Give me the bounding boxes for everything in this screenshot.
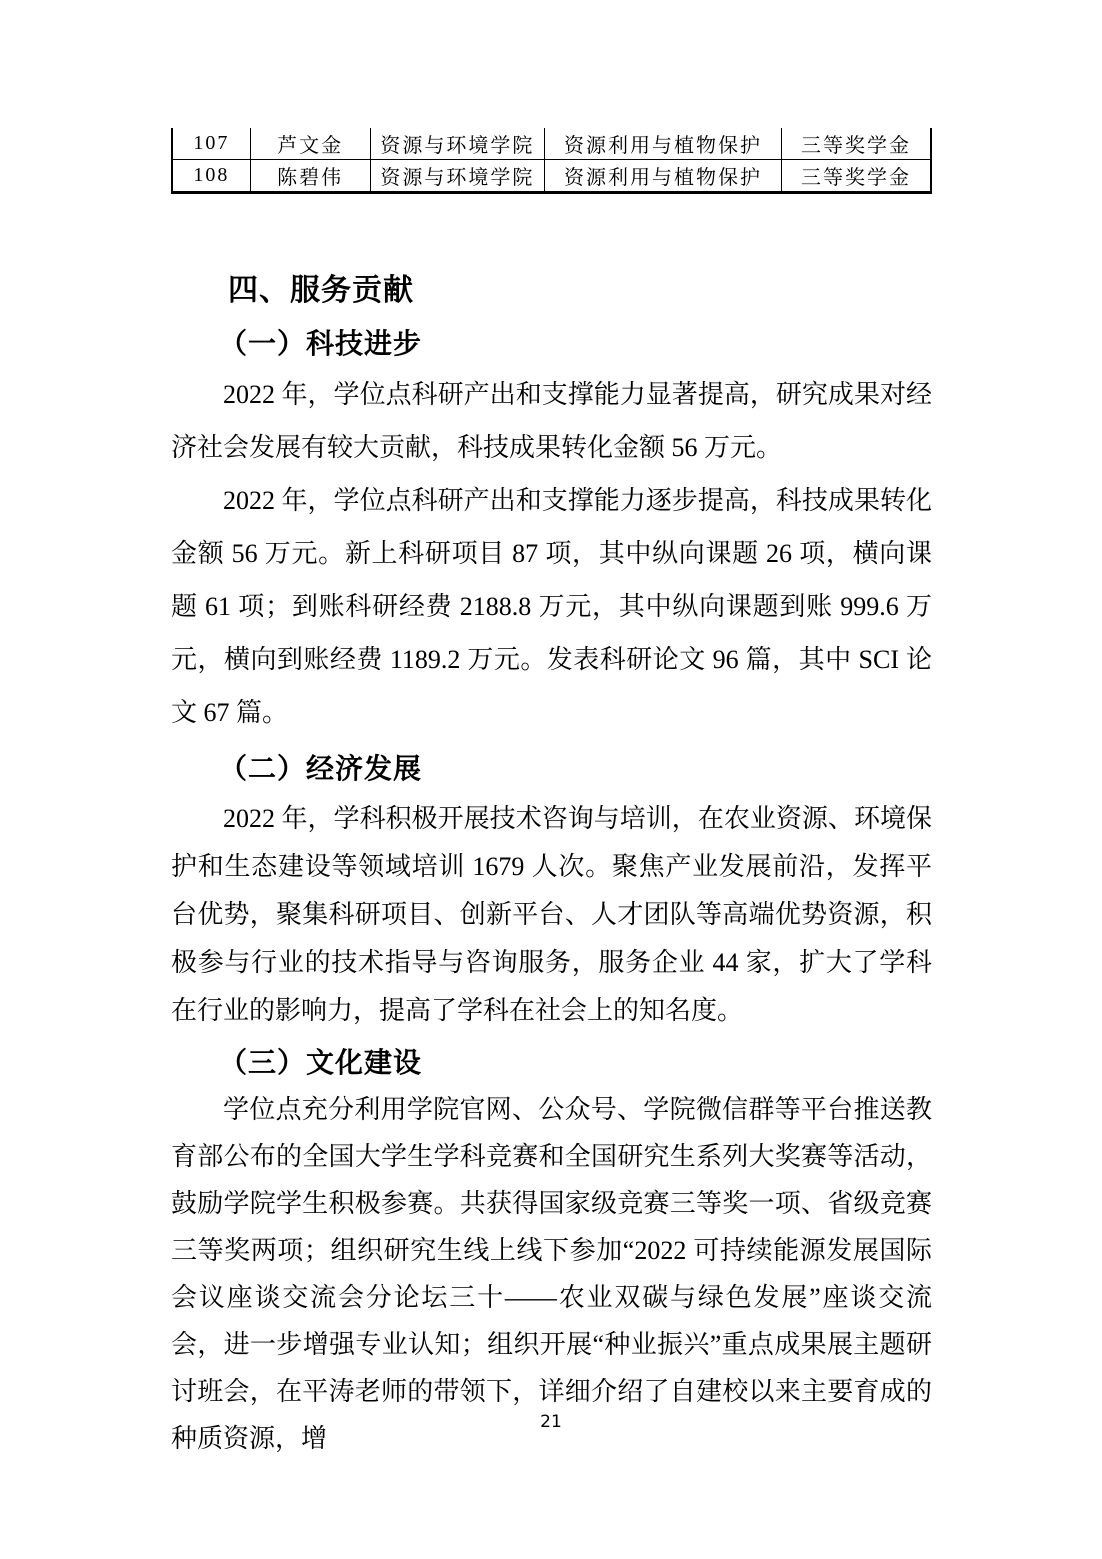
cell-major: 资源利用与植物保护 — [545, 160, 782, 193]
scholarship-table: 107 芦文金 资源与环境学院 资源利用与植物保护 三等奖学金 108 陈碧伟 … — [171, 128, 932, 194]
table-row: 107 芦文金 资源与环境学院 资源利用与植物保护 三等奖学金 — [172, 128, 931, 160]
cell-index: 108 — [172, 160, 250, 193]
cell-award: 三等奖学金 — [781, 160, 931, 193]
cell-name: 陈碧伟 — [250, 160, 370, 193]
subsection-heading-culture-building: （三）文化建设 — [171, 1043, 932, 1083]
paragraph-tech-progress-1: 2022 年，学位点科研产出和支撑能力显著提高，研究成果对经济社会发展有较大贡献… — [171, 368, 932, 474]
page-content: 107 芦文金 资源与环境学院 资源利用与植物保护 三等奖学金 108 陈碧伟 … — [171, 0, 932, 1462]
subsection-heading-economic-development: （二）经济发展 — [171, 749, 932, 789]
page-number: 21 — [0, 1412, 1102, 1432]
subsection-heading-tech-progress: （一）科技进步 — [171, 324, 932, 364]
cell-name: 芦文金 — [250, 128, 370, 160]
cell-major: 资源利用与植物保护 — [545, 128, 782, 160]
paragraph-culture-building: 学位点充分利用学院官网、公众号、学院微信群等平台推送教育部公布的全国大学生学科竞… — [171, 1086, 932, 1462]
paragraph-economic-development: 2022 年，学科积极开展技术咨询与培训，在农业资源、环境保护和生态建设等领域培… — [171, 795, 932, 1035]
cell-college: 资源与环境学院 — [370, 128, 545, 160]
cell-college: 资源与环境学院 — [370, 160, 545, 193]
table-row: 108 陈碧伟 资源与环境学院 资源利用与植物保护 三等奖学金 — [172, 160, 931, 193]
cell-index: 107 — [172, 128, 250, 160]
section-heading-service-contribution: 四、服务贡献 — [171, 270, 932, 312]
document-page: 107 芦文金 资源与环境学院 资源利用与植物保护 三等奖学金 108 陈碧伟 … — [0, 0, 1102, 1559]
cell-award: 三等奖学金 — [781, 128, 931, 160]
paragraph-tech-progress-2: 2022 年，学位点科研产出和支撑能力逐步提高，科技成果转化金额 56 万元。新… — [171, 474, 932, 739]
